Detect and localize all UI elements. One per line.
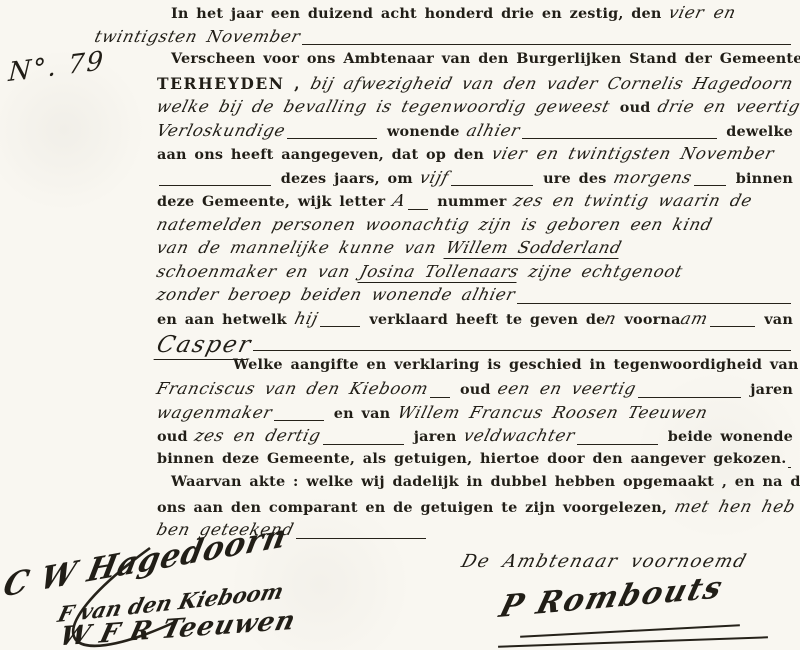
act-line: Casper — [157, 332, 793, 356]
handwritten-text: bij afwezigheid van den vader Cornelis H… — [299, 74, 796, 93]
handwritten-text-profession: Verloskundige — [155, 121, 288, 140]
handwritten-text-mother-name: Josina Tollenaars — [357, 262, 521, 283]
act-line: binnen deze Gemeente, als getuigen, hier… — [157, 450, 793, 474]
printed-text: Welke aangifte en verklaring is geschied… — [233, 356, 799, 373]
handwritten-text-witness2-age: zes en dertig — [193, 426, 323, 445]
act-line: Franciscus van den Kieboom oud een en ve… — [157, 379, 793, 403]
printed-text: ure des — [535, 170, 614, 187]
fill-rule — [408, 209, 428, 210]
handwritten-text: zijne echtgenoot — [516, 262, 684, 281]
handwritten-text: morgens — [612, 168, 695, 187]
act-line: TERHEYDEN , bij afwezigheid van den vade… — [157, 74, 793, 98]
printed-text: van — [757, 311, 793, 328]
handwritten-text-date: vier en twintigsten November — [489, 144, 776, 163]
printed-text: jaren — [743, 381, 793, 398]
act-line: natemelden personen woonachtig zijn is g… — [157, 215, 793, 239]
act-line: zonder beroep beiden wonende alhier — [157, 285, 793, 309]
fill-rule — [287, 138, 377, 139]
printed-text: wonende — [379, 123, 467, 140]
handwritten-scribble: am — [678, 309, 710, 328]
printed-text: binnen deze Gemeente, als getuigen, hier… — [157, 450, 786, 467]
printed-text: ons aan den comparant en de getuigen te … — [157, 499, 675, 516]
handwritten-text: twintigsten November — [93, 27, 303, 46]
printed-text: In het jaar een duizend acht honderd dri… — [171, 5, 669, 22]
handwritten-text: zonder beroep beiden wonende alhier — [155, 285, 518, 304]
handwritten-text-father-name: Willem Sodderland — [444, 238, 625, 259]
act-line: aan ons heeft aangegeven, dat op den vie… — [157, 144, 793, 168]
fill-rule — [274, 420, 324, 421]
handwritten-text-house-number: zes en twintig waarin de — [512, 191, 755, 210]
handwritten-text: alhier — [465, 121, 523, 140]
fill-rule — [577, 444, 658, 445]
act-line: In het jaar een duizend acht honderd dri… — [157, 3, 793, 27]
act-text-block: In het jaar een duizend acht honderd dri… — [157, 3, 793, 544]
act-line: welke bij de bevalling is tegenwoordig g… — [157, 97, 793, 121]
handwritten-text: schoenmaker en van — [155, 262, 363, 281]
handwritten-text-witness1-age: een en veertig — [496, 379, 639, 398]
act-line: Waarvan akte : welke wij dadelijk in dub… — [157, 473, 793, 497]
fill-rule — [522, 138, 716, 139]
act-number: N°. 79 — [8, 46, 106, 88]
act-line: oud zes en dertig jaren veldwachter beid… — [157, 426, 793, 450]
printed-text: oud — [452, 381, 498, 398]
printed-text: verklaard heeft te geven de — [362, 311, 606, 328]
printed-text: en aan hetwelk — [157, 311, 295, 328]
printed-text-municipality: TERHEYDEN , — [157, 74, 301, 93]
handwritten-text: hij — [292, 309, 320, 328]
fill-rule — [159, 185, 271, 186]
handwritten-text-witness2-profession: veldwachter — [462, 426, 577, 445]
signature-official: P Rombouts — [496, 570, 728, 625]
act-line: schoenmaker en van Josina Tollenaars zij… — [157, 262, 793, 286]
act-line: Verloskundige wonende alhier dewelke — [157, 121, 793, 145]
printed-text: nummer — [430, 193, 515, 210]
printed-text: Waarvan akte : welke wij dadelijk in dub… — [171, 473, 800, 490]
handwritten-text: natemelden personen woonachtig zijn is g… — [155, 215, 715, 234]
printed-text: voorna — [617, 311, 681, 328]
act-line: deze Gemeente, wijk letter A nummer zes … — [157, 191, 793, 215]
handwritten-text: welke bij de bevalling is tegenwoordig g… — [155, 97, 623, 116]
handwritten-text-age: drie en veertig — [656, 97, 800, 116]
handwritten-text-witness2-name: Willem Francus Roosen Teeuwen — [396, 403, 710, 422]
fill-rule — [694, 185, 726, 186]
printed-text: dezes jaars, om — [273, 170, 420, 187]
printed-text: aan ons heeft aangegeven, dat op den — [157, 146, 492, 163]
signature-underline — [498, 636, 768, 647]
handwritten-text-witness1-name: Franciscus van den Kieboom — [155, 379, 431, 398]
handwritten-text-witness1-profession: wagenmaker — [155, 403, 275, 422]
fill-rule — [296, 538, 426, 539]
printed-text: beide wonende — [660, 428, 793, 445]
act-line: wagenmaker en van Willem Francus Roosen … — [157, 403, 793, 427]
signature-underline — [520, 624, 740, 638]
printed-text: jaren — [406, 428, 464, 445]
handwritten-text-hour: vijf — [418, 168, 451, 187]
fill-rule — [253, 350, 791, 351]
printed-text: dewelke — [719, 123, 793, 140]
fill-rule — [517, 303, 791, 304]
fill-rule — [320, 326, 360, 327]
act-line: en aan hetwelk hij verklaard heeft te ge… — [157, 309, 793, 333]
act-line: dezes jaars, om vijf ure des morgens bin… — [157, 168, 793, 192]
act-line: twintigsten November — [95, 27, 793, 51]
printed-text: deze Gemeente, wijk letter — [157, 193, 393, 210]
act-line: ons aan den comparant en de getuigen te … — [157, 497, 793, 521]
printed-text: oud — [157, 428, 195, 445]
fill-rule — [302, 44, 791, 45]
handwritten-text-child-name: Casper — [154, 332, 255, 360]
official-title: De Ambtenaar voornoemd — [459, 551, 750, 572]
act-line: Verscheen voor ons Ambtenaar van den Bur… — [157, 50, 793, 74]
act-line: Welke aangifte en verklaring is geschied… — [157, 356, 793, 380]
printed-text: en van — [326, 405, 398, 422]
fill-rule — [788, 467, 791, 468]
printed-text: binnen — [728, 170, 793, 187]
handwritten-text-wijk-letter: A — [391, 191, 408, 210]
handwritten-text: met hen heb — [672, 497, 797, 516]
fill-rule — [638, 397, 740, 398]
birth-record-page: N°. 79 In het jaar een duizend acht hond… — [0, 0, 800, 650]
fill-rule — [430, 397, 450, 398]
handwritten-text: van de mannelijke kunne van — [155, 238, 449, 257]
act-line: van de mannelijke kunne van Willem Sodde… — [157, 238, 793, 262]
fill-rule — [710, 326, 755, 327]
handwritten-text: vier en — [667, 3, 739, 22]
fill-rule — [451, 185, 533, 186]
fill-rule — [323, 444, 404, 445]
printed-text: oud — [620, 99, 658, 116]
printed-text: Verscheen voor ons Ambtenaar van den Bur… — [171, 50, 800, 67]
